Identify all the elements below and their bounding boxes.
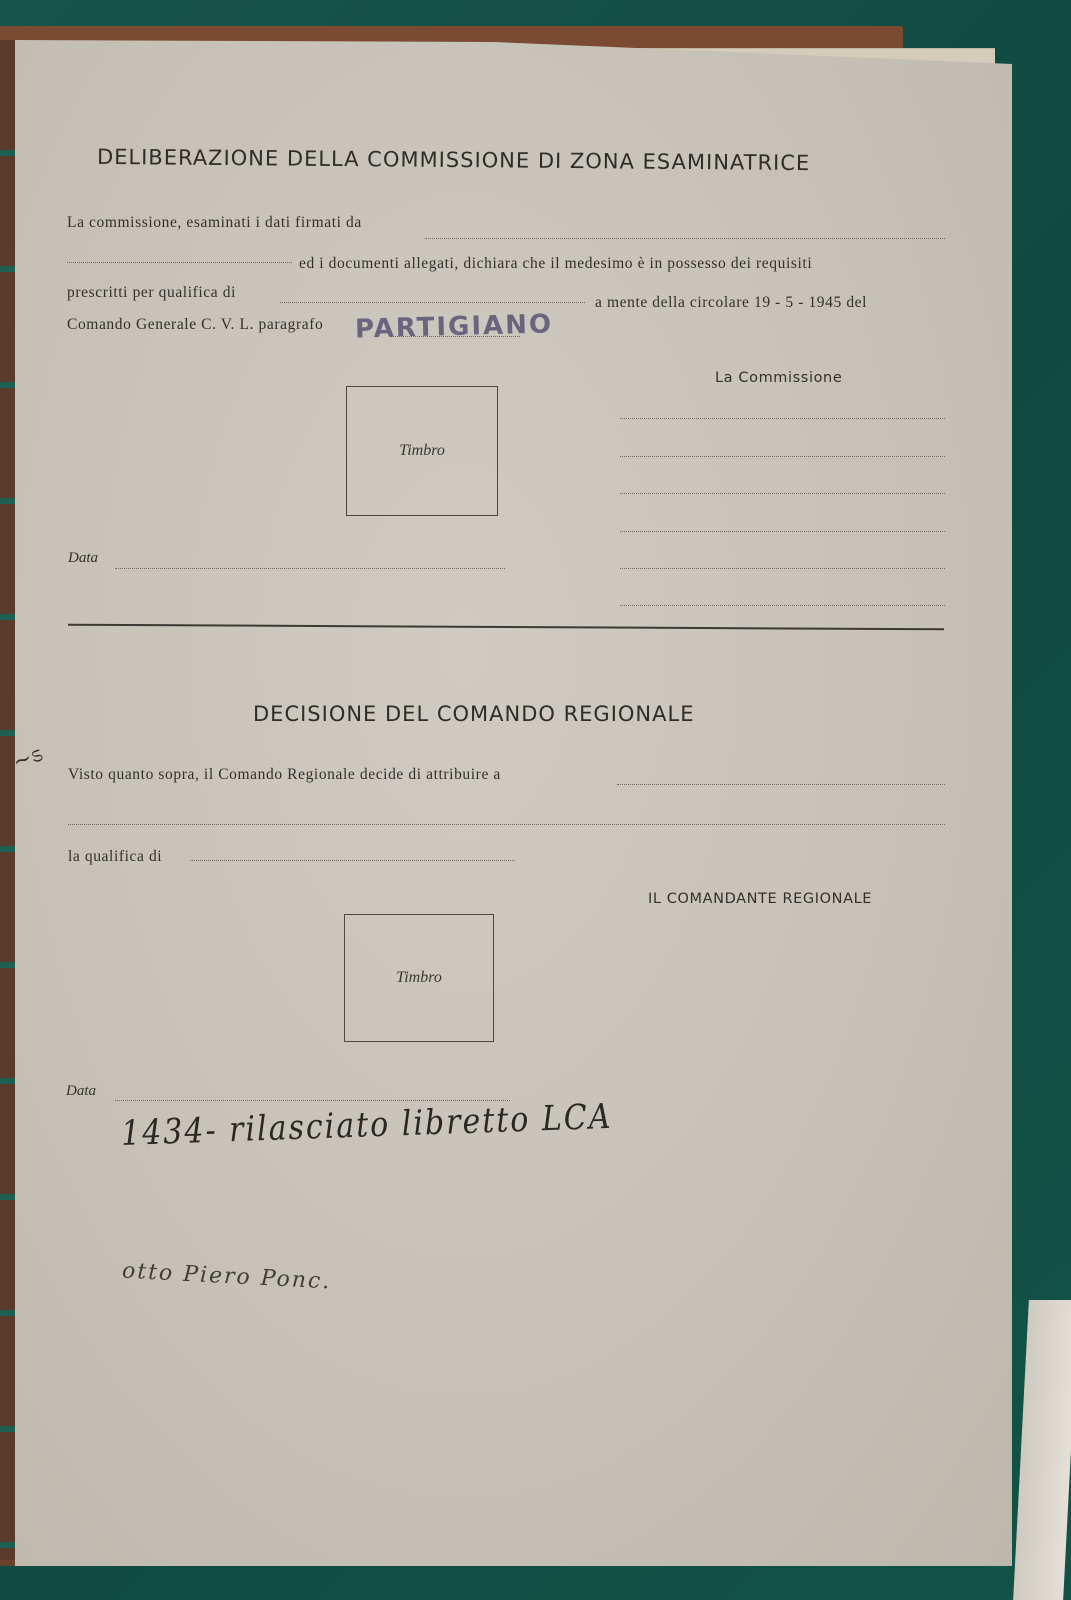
binder-edge xyxy=(0,40,16,1560)
stamp-box-commission: Timbro xyxy=(346,386,498,516)
field-attribute-to[interactable] xyxy=(617,784,945,785)
commission-signature-line-2[interactable] xyxy=(620,456,945,457)
section1-line2: ed i documenti allegati, dichiara che il… xyxy=(299,255,812,273)
field-qualification[interactable] xyxy=(280,302,585,303)
field-signed-by[interactable] xyxy=(425,238,945,239)
section2-line2: la qualifica di xyxy=(68,848,162,866)
timbro-label: Timbro xyxy=(396,969,442,987)
commission-signature-line-6[interactable] xyxy=(620,605,945,606)
commission-signature-line-4[interactable] xyxy=(620,531,945,532)
document-page: DELIBERAZIONE DELLA COMMISSIONE DI ZONA … xyxy=(15,40,1012,1566)
section1-line1: La commissione, esaminati i dati firmati… xyxy=(67,214,362,232)
section1-line3-b: a mente della circolare 19 - 5 - 1945 de… xyxy=(595,294,867,312)
margin-ink-mark: ~ಽ xyxy=(10,742,47,776)
handwritten-note-1: 1434- rilasciato libretto LCA xyxy=(120,1097,613,1154)
handwritten-note-2: otto Piero Ponc. xyxy=(121,1259,331,1295)
section1-line4: Comando Generale C. V. L. paragrafo xyxy=(67,316,323,334)
section1-date-label: Data xyxy=(68,550,98,567)
commander-signature-title: IL COMANDANTE REGIONALE xyxy=(648,891,872,907)
field-attribute-to-cont[interactable] xyxy=(68,824,945,825)
field-signed-by-cont[interactable] xyxy=(67,262,292,263)
side-paper-edge xyxy=(1013,1300,1071,1600)
section2-title: DECISIONE DEL COMANDO REGIONALE xyxy=(253,702,694,726)
partigiano-stamp: PARTIGIANO xyxy=(355,309,554,344)
section1-title: DELIBERAZIONE DELLA COMMISSIONE DI ZONA … xyxy=(97,145,810,175)
section1-date-field[interactable] xyxy=(115,568,505,569)
commission-signature-line-5[interactable] xyxy=(620,568,945,569)
timbro-label: Timbro xyxy=(399,442,445,460)
commission-signature-line-1[interactable] xyxy=(620,418,945,419)
stamp-box-regional: Timbro xyxy=(344,914,494,1042)
field-paragraph[interactable] xyxy=(390,336,520,337)
section-divider xyxy=(68,624,944,631)
section2-date-label: Data xyxy=(66,1083,96,1100)
commission-signature-line-3[interactable] xyxy=(620,493,945,494)
section2-date-field[interactable] xyxy=(115,1100,510,1101)
section1-line3-a: prescritti per qualifica di xyxy=(67,284,236,302)
commission-signature-title: La Commissione xyxy=(715,370,842,386)
section2-line1: Visto quanto sopra, il Comando Regionale… xyxy=(68,766,501,784)
field-qualification-regional[interactable] xyxy=(190,860,515,861)
